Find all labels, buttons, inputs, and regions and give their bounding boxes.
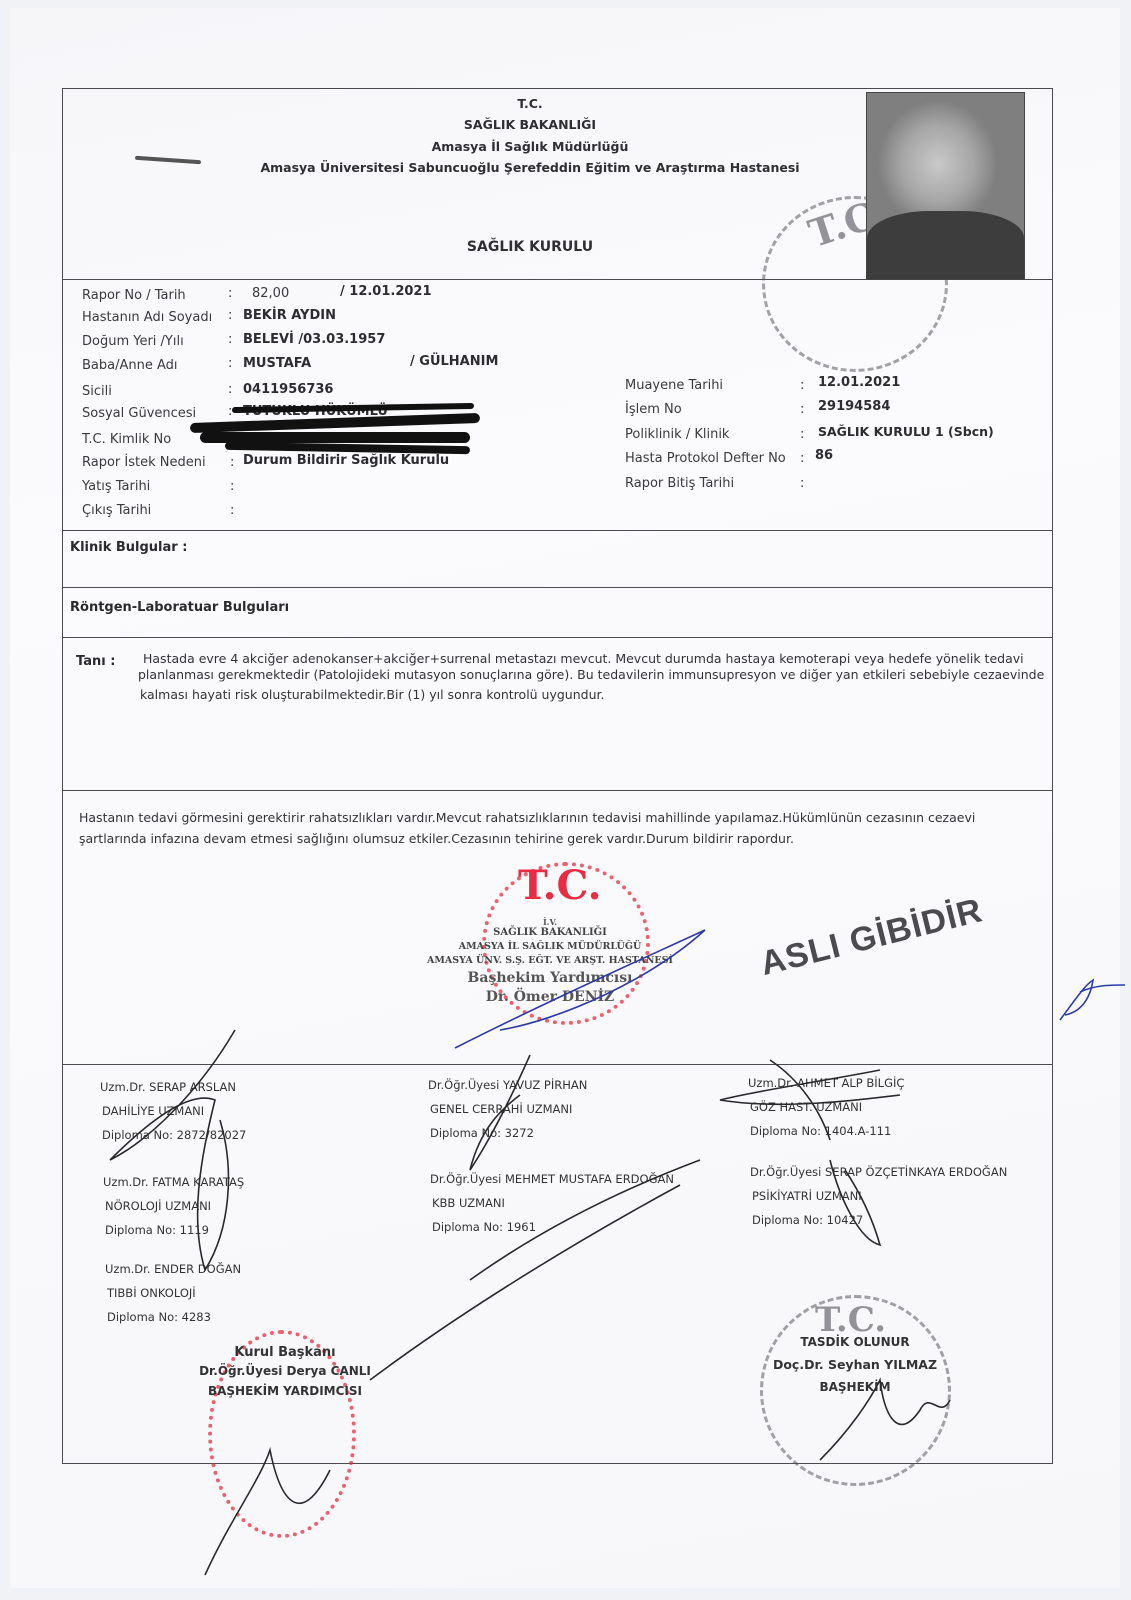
signature-icon — [720, 1060, 900, 1140]
blue-signature-icon — [455, 930, 705, 1048]
signature-icon — [830, 1160, 880, 1245]
signatures-overlay — [0, 0, 1131, 1600]
signature-icon — [820, 1380, 950, 1460]
blue-signature-icon — [1060, 980, 1125, 1020]
signature-icon — [205, 1450, 330, 1575]
signature-icon — [370, 1160, 700, 1380]
handwritten-signatures — [110, 1030, 950, 1575]
blue-ink-signatures — [455, 930, 1125, 1048]
signature-icon — [470, 1055, 530, 1170]
signature-icon — [110, 1030, 235, 1270]
